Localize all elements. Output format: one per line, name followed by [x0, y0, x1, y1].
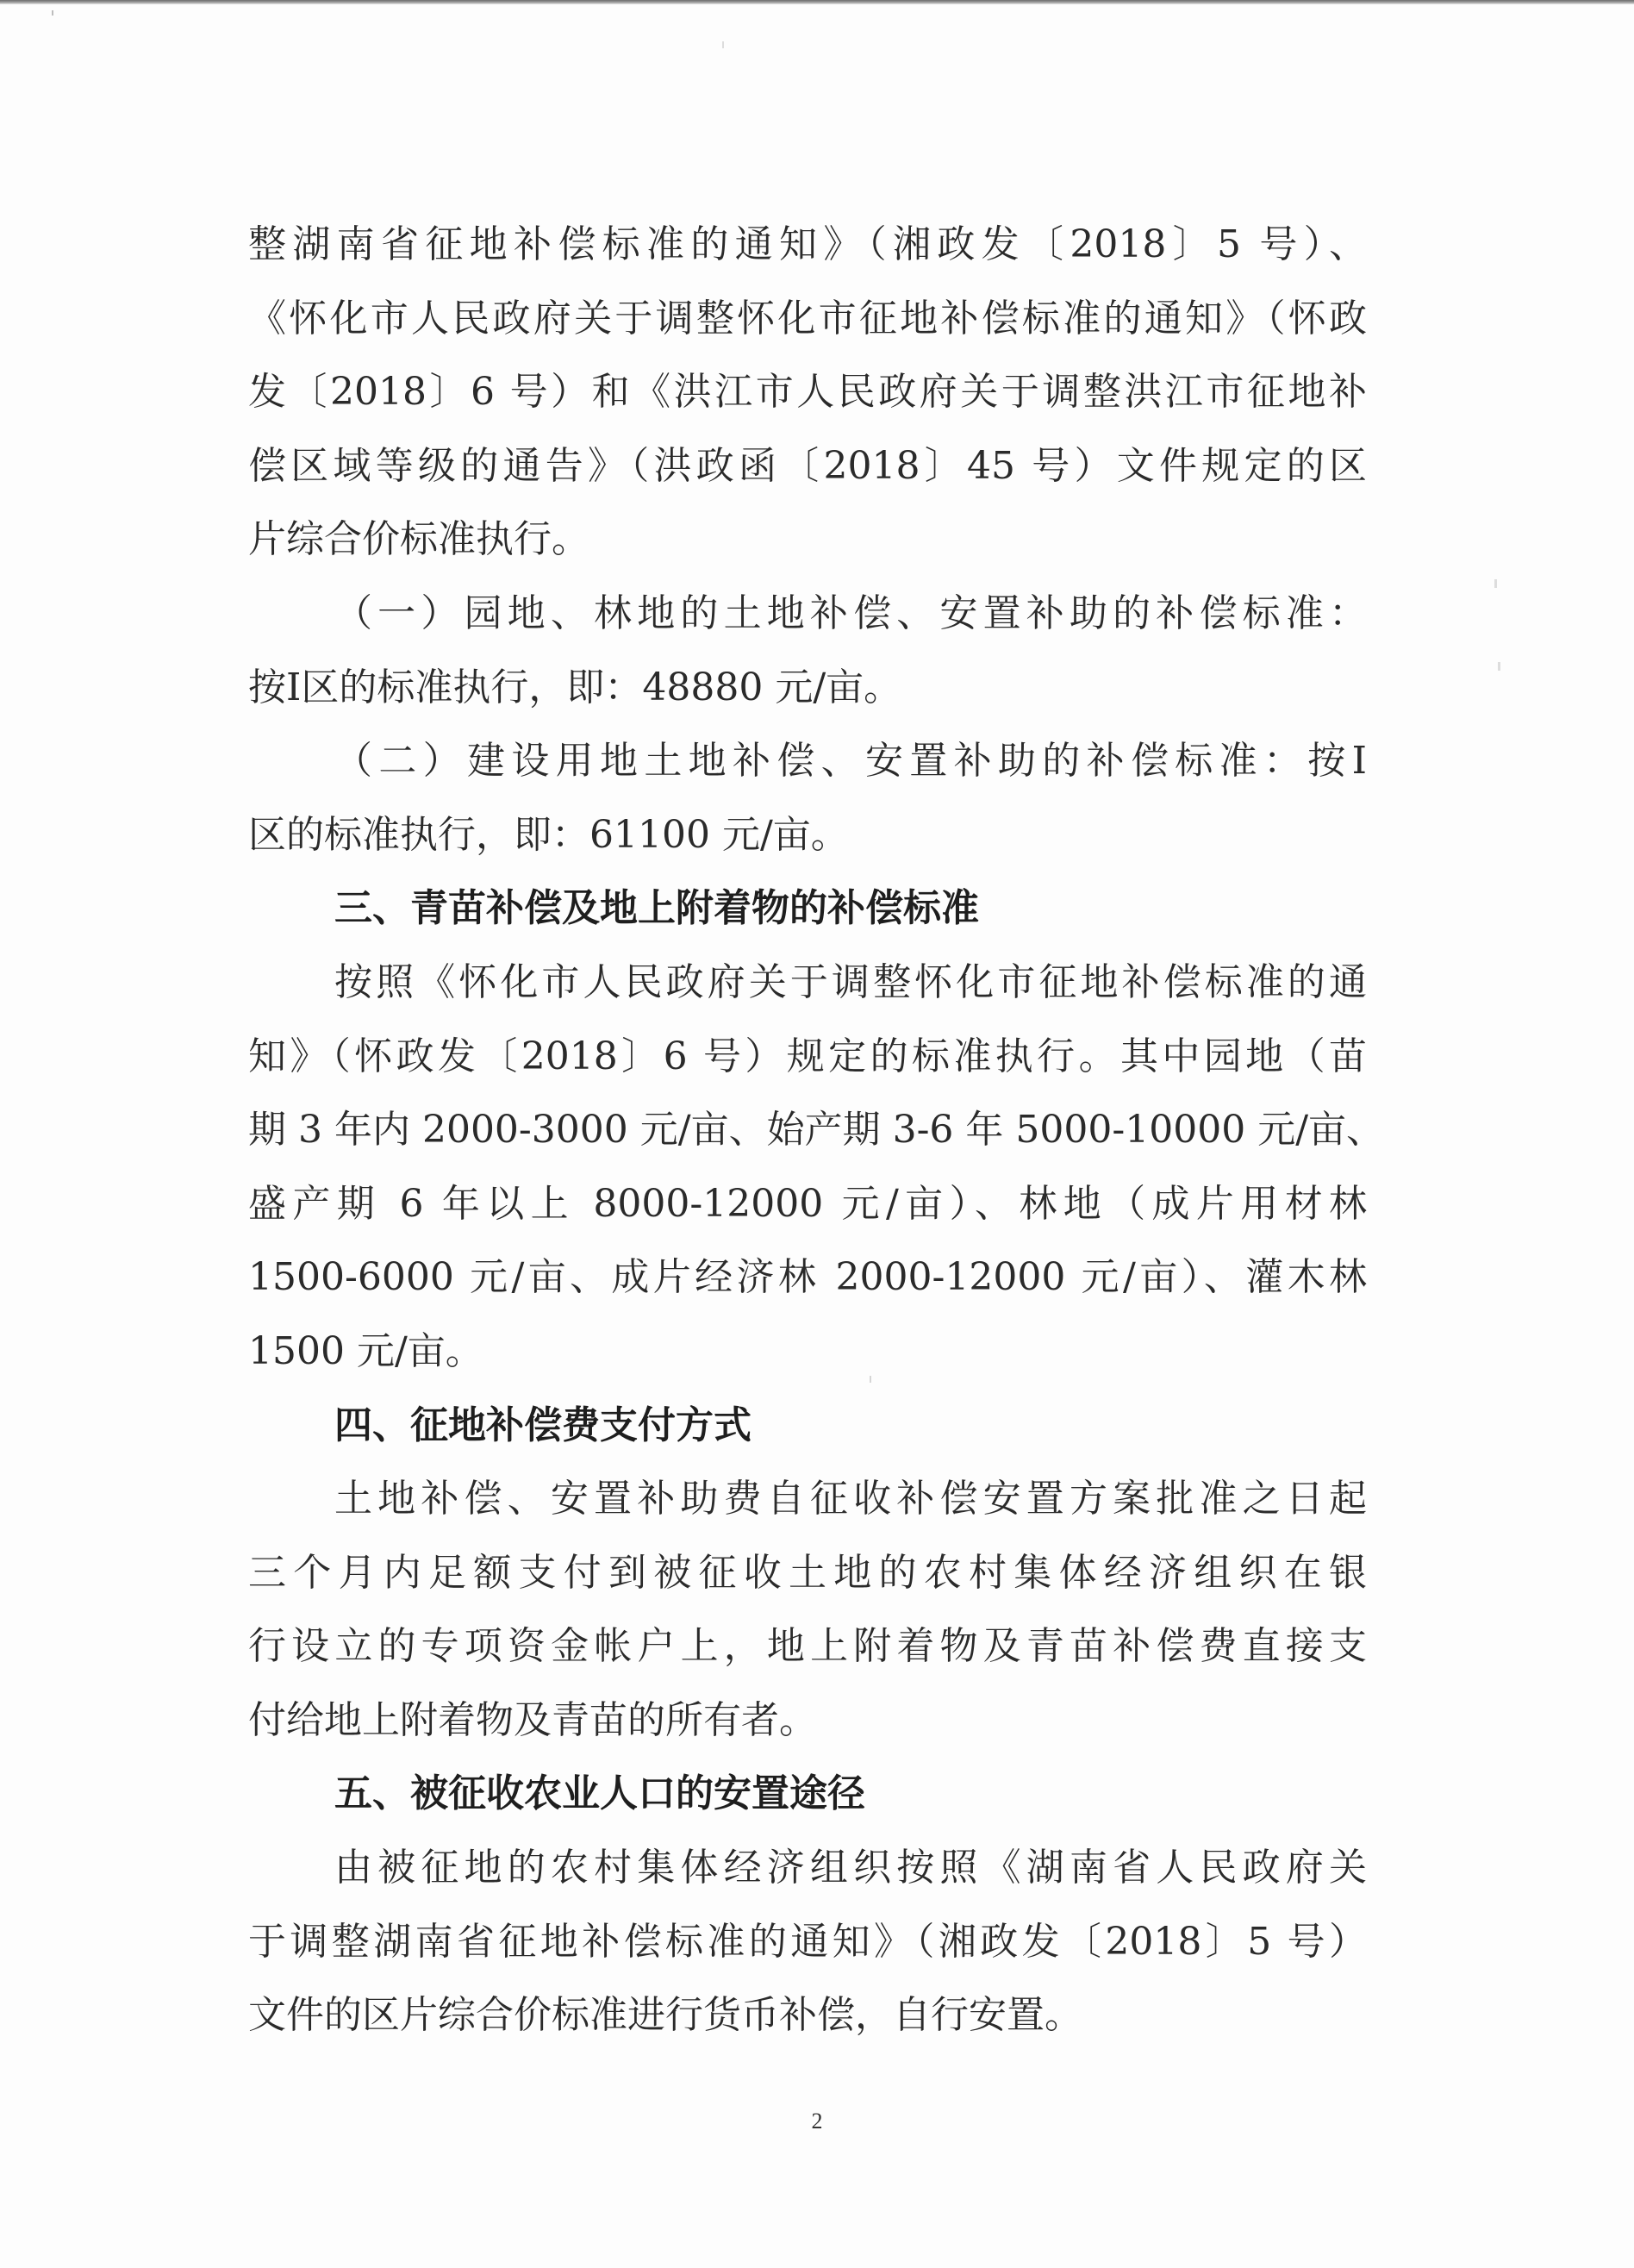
text-line: 片综合价标准执行。 — [248, 503, 1367, 577]
document-body: 整湖南省征地补偿标准的通知》（湘政发〔2018〕5 号）、 《怀化市人民政府关于… — [248, 208, 1367, 2052]
text-line: 盛产期 6 年以上 8000-12000 元/亩）、林地（成片用材林 — [248, 1167, 1367, 1241]
text-line: 三个月内足额支付到被征收土地的农村集体经济组织在银 — [248, 1536, 1367, 1610]
text-line: 《怀化市人民政府关于调整怀化市征地补偿标准的通知》（怀政 — [248, 282, 1367, 356]
scan-speck — [52, 10, 53, 16]
text-line: 于调整湖南省征地补偿标准的通知》（湘政发〔2018〕5 号） — [248, 1905, 1367, 1979]
text-line: 按Ⅰ区的标准执行，即：48880 元/亩。 — [248, 651, 1367, 725]
text-line: 期 3 年内 2000-3000 元/亩、始产期 3-6 年 5000-1000… — [248, 1093, 1367, 1167]
section-heading-3: 三、青苗补偿及地上附着物的补偿标准 — [248, 872, 1367, 946]
text-line: 土地补偿、安置补助费自征收补偿安置方案批准之日起 — [248, 1462, 1367, 1536]
scan-speck — [1498, 662, 1500, 671]
text-line: 付给地上附着物及青苗的所有者。 — [248, 1684, 1367, 1758]
section-heading-5: 五、被征收农业人口的安置途径 — [248, 1757, 1367, 1831]
paragraph-continuation: 整湖南省征地补偿标准的通知》（湘政发〔2018〕5 号）、 《怀化市人民政府关于… — [248, 208, 1367, 577]
text-line: 区的标准执行，即：61100 元/亩。 — [248, 798, 1367, 872]
scan-speck — [722, 41, 724, 48]
text-line: 文件的区片综合价标准进行货币补偿，自行安置。 — [248, 1978, 1367, 2052]
text-line: 1500 元/亩。 — [248, 1315, 1367, 1389]
text-line: 偿区域等级的通告》（洪政函〔2018〕45 号）文件规定的区 — [248, 429, 1367, 503]
paragraph-crop-compensation: 按照《怀化市人民政府关于调整怀化市征地补偿标准的通 知》（怀政发〔2018〕6 … — [248, 946, 1367, 1389]
paragraph-resettlement: 由被征地的农村集体经济组织按照《湖南省人民政府关 于调整湖南省征地补偿标准的通知… — [248, 1831, 1367, 2052]
text-line: 按照《怀化市人民政府关于调整怀化市征地补偿标准的通 — [248, 946, 1367, 1020]
page-number: 2 — [800, 2109, 834, 2134]
text-line: （二）建设用地土地补偿、安置补助的补偿标准：按Ⅰ — [248, 724, 1367, 798]
text-line: 发〔2018〕6 号）和《洪江市人民政府关于调整洪江市征地补 — [248, 355, 1367, 429]
text-line: （一）园地、林地的土地补偿、安置补助的补偿标准： — [248, 577, 1367, 651]
text-line: 1500-6000 元/亩、成片经济林 2000-12000 元/亩）、灌木林 — [248, 1240, 1367, 1315]
text-line: 整湖南省征地补偿标准的通知》（湘政发〔2018〕5 号）、 — [248, 208, 1367, 282]
scan-top-edge — [0, 0, 1634, 4]
text-line: 行设立的专项资金帐户上，地上附着物及青苗补偿费直接支 — [248, 1609, 1367, 1684]
scan-speck — [1494, 579, 1497, 588]
scan-speck — [870, 1376, 871, 1383]
paragraph-payment-method: 土地补偿、安置补助费自征收补偿安置方案批准之日起 三个月内足额支付到被征收土地的… — [248, 1462, 1367, 1757]
section-heading-4: 四、征地补偿费支付方式 — [248, 1389, 1367, 1463]
paragraph-construction-land-standard: （二）建设用地土地补偿、安置补助的补偿标准：按Ⅰ 区的标准执行，即：61100 … — [248, 724, 1367, 872]
paragraph-garden-forest-standard: （一）园地、林地的土地补偿、安置补助的补偿标准： 按Ⅰ区的标准执行，即：4888… — [248, 577, 1367, 724]
text-line: 知》（怀政发〔2018〕6 号）规定的标准执行。其中园地（苗 — [248, 1020, 1367, 1094]
text-line: 由被征地的农村集体经济组织按照《湖南省人民政府关 — [248, 1831, 1367, 1905]
